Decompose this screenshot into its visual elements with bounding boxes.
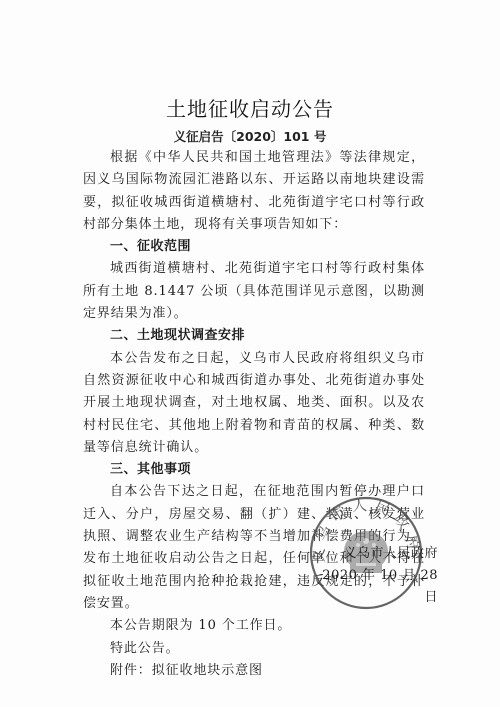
closing-text: 特此公告。 bbox=[83, 638, 425, 660]
document-number: 义征启告〔2020〕101 号 bbox=[0, 127, 500, 145]
signature-block: 义乌市人民政府 2020 年 10 月 28 日 bbox=[313, 543, 438, 609]
period-text: 本公告期限为 10 个工作日。 bbox=[83, 615, 425, 637]
issuer-name: 义乌市人民政府 bbox=[313, 543, 438, 565]
document-page: 土地征收启动公告 义征启告〔2020〕101 号 根据《中华人民共和国土地管理法… bbox=[0, 0, 500, 707]
section-heading-scope: 一、征收范围 bbox=[83, 236, 425, 258]
section-heading-other: 三、其他事项 bbox=[83, 459, 425, 481]
section-text-survey: 本公告发布之日起，义乌市人民政府将组织义乌市自然资源征收中心和城西街道办事处、北… bbox=[83, 348, 425, 459]
document-title: 土地征收启动公告 bbox=[0, 93, 500, 122]
section-heading-survey: 二、土地现状调查安排 bbox=[83, 325, 425, 347]
issue-date: 2020 年 10 月 28 日 bbox=[313, 565, 438, 609]
section-text-scope: 城西街道横塘村、北苑街道宇宅口村等行政村集体所有土地 8.1447 公顷（具体范… bbox=[83, 258, 425, 325]
intro-paragraph: 根据《中华人民共和国土地管理法》等法律规定，因义乌国际物流园汇港路以东、开运路以… bbox=[83, 147, 425, 236]
attachment-text: 附件：拟征收地块示意图 bbox=[83, 660, 425, 682]
